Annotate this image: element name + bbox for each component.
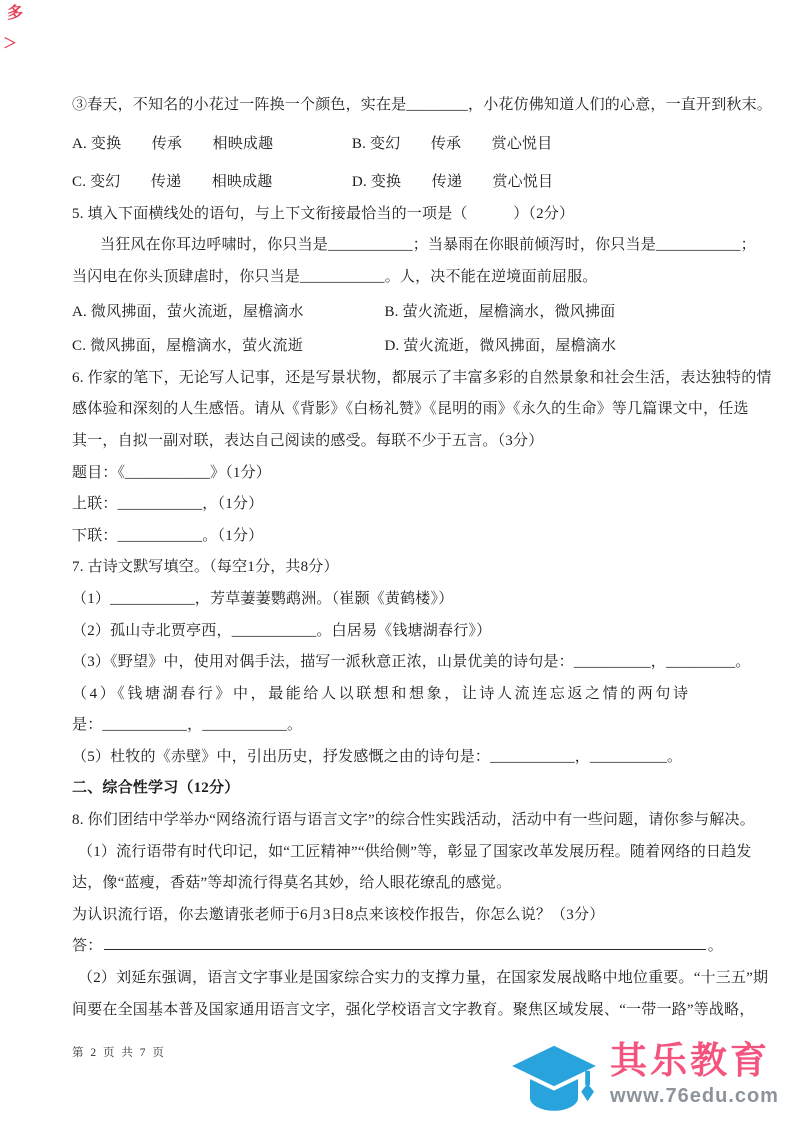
doc-line: 下联：___________。（1分）	[72, 521, 723, 553]
doc-line: 达，像“蓝瘦，香菇”等却流行得莫名其妙，给人眼花缭乱的感觉。	[72, 868, 723, 900]
doc-line: 间要在全国基本普及国家通用语言文字，强化学校语言文字教育。聚焦区域发展、“一带一…	[72, 995, 723, 1027]
red-watermark-mark-top: 多	[7, 6, 23, 22]
doc-line: A. 微风拂面，萤火流逝，屋檐滴水B. 萤火流逝，屋檐滴水，微风拂面	[72, 297, 723, 329]
doc-line: 6. 作家的笔下，无论写人记事，还是写景状物，都展示了丰富多彩的自然景象和社会生…	[72, 363, 723, 395]
doc-line: 感体验和深刻的人生感悟。请从《背影》《白杨礼赞》《昆明的雨》《永久的生命》等几篇…	[72, 394, 723, 426]
option-left: C. 微风拂面，屋檐滴水，萤火流逝	[72, 331, 384, 363]
doc-line: ③春天，不知名的小花过一阵换一个颜色，实在是________，小花仿佛知道人们的…	[72, 90, 723, 122]
answer-label: 答：	[72, 931, 102, 963]
doc-line: 当闪电在你头顶肆虐时，你只当是___________。人，决不能在逆境面前屈服。	[72, 262, 723, 294]
doc-line: 当狂风在你耳边呼啸时，你只当是___________；当暴雨在你眼前倾泻时，你只…	[72, 230, 723, 262]
option-right: B. 萤火流逝，屋檐滴水，微风拂面	[384, 297, 615, 329]
doc-line: （2）刘延东强调，语言文字事业是国家综合实力的支撑力量，在国家发展战略中地位重要…	[72, 963, 723, 995]
doc-line: 上联：___________，（1分）	[72, 489, 723, 521]
doc-line: （4）《钱塘湖春行》中，最能给人以联想和想象，让诗人流连忘返之情的两句诗	[72, 679, 723, 711]
option-right: D. 萤火流逝，微风拂面，屋檐滴水	[384, 331, 616, 363]
logo-website-url: www.76edu.com	[610, 1085, 779, 1107]
doc-line: A. 变换 传承 相映成趣B. 变幻 传承 赏心悦目	[72, 129, 723, 161]
logo-text-block: 其乐教育 www.76edu.com	[610, 1040, 779, 1107]
option-left: A. 变换 传承 相映成趣	[72, 129, 352, 161]
doc-line: C. 微风拂面，屋檐滴水，萤火流逝D. 萤火流逝，微风拂面，屋檐滴水	[72, 331, 723, 363]
doc-line: 5. 填入下面横线处的语句，与上下文衔接最恰当的一项是（ ）（2分）	[72, 199, 723, 231]
exam-page: 多 ＞ ③春天，不知名的小花过一阵换一个颜色，实在是________，小花仿佛知…	[0, 0, 793, 1122]
doc-line: 题目：《___________》（1分）	[72, 458, 723, 490]
doc-line: 是：___________，___________。	[72, 710, 723, 742]
answer-blank-line	[104, 933, 705, 951]
page-number: 第 2 页 共 7 页	[72, 1044, 166, 1060]
doc-line: （3）《野望》中，使用对偶手法，描写一派秋意正浓，山景优美的诗句是：______…	[72, 647, 723, 679]
option-right: D. 变换 传递 赏心悦目	[352, 167, 553, 199]
option-right: B. 变幻 传承 赏心悦目	[352, 129, 553, 161]
answer-suffix: 。	[708, 931, 723, 963]
doc-line: 其一，自拟一副对联，表达自己阅读的感受。每联不少于五言。（3分）	[72, 426, 723, 458]
doc-line: C. 变幻 传递 相映成趣D. 变换 传递 赏心悦目	[72, 167, 723, 199]
doc-line: （5）杜牧的《赤壁》中，引出历史，抒发感慨之由的诗句是：___________，…	[72, 742, 723, 774]
doc-line: 8. 你们团结中学举办“网络流行语与语言文字”的综合性实践活动，活动中有一些问题…	[72, 805, 723, 837]
doc-line: 二、综合性学习（12分）	[72, 773, 723, 805]
doc-line: 答：。	[72, 931, 723, 963]
doc-line: 为认识流行语，你去邀请张老师于6月3日8点来该校作报告，你怎么说？（3分）	[72, 900, 723, 932]
option-left: C. 变幻 传递 相映成趣	[72, 167, 352, 199]
option-left: A. 微风拂面，萤火流逝，屋檐滴水	[72, 297, 384, 329]
logo-brand-name: 其乐教育	[610, 1040, 779, 1083]
doc-line: （2）孤山寺北贾亭西，___________。白居易《钱塘湖春行》）	[72, 616, 723, 648]
doc-line: （1）___________，芳草萋萋鹦鹉洲。（崔颢《黄鹤楼》）	[72, 584, 723, 616]
graduation-cap-icon	[506, 1042, 602, 1122]
document-body: ③春天，不知名的小花过一阵换一个颜色，实在是________，小花仿佛知道人们的…	[72, 90, 723, 1026]
site-logo: 其乐教育 www.76edu.com	[506, 1040, 779, 1122]
doc-line: 7. 古诗文默写填空。（每空1分，共8分）	[72, 552, 723, 584]
doc-line: （1）流行语带有时代印记，如“工匠精神”“供给侧”等，彰显了国家改革发展历程。随…	[72, 837, 723, 869]
red-watermark-mark-bottom: ＞	[3, 38, 17, 52]
